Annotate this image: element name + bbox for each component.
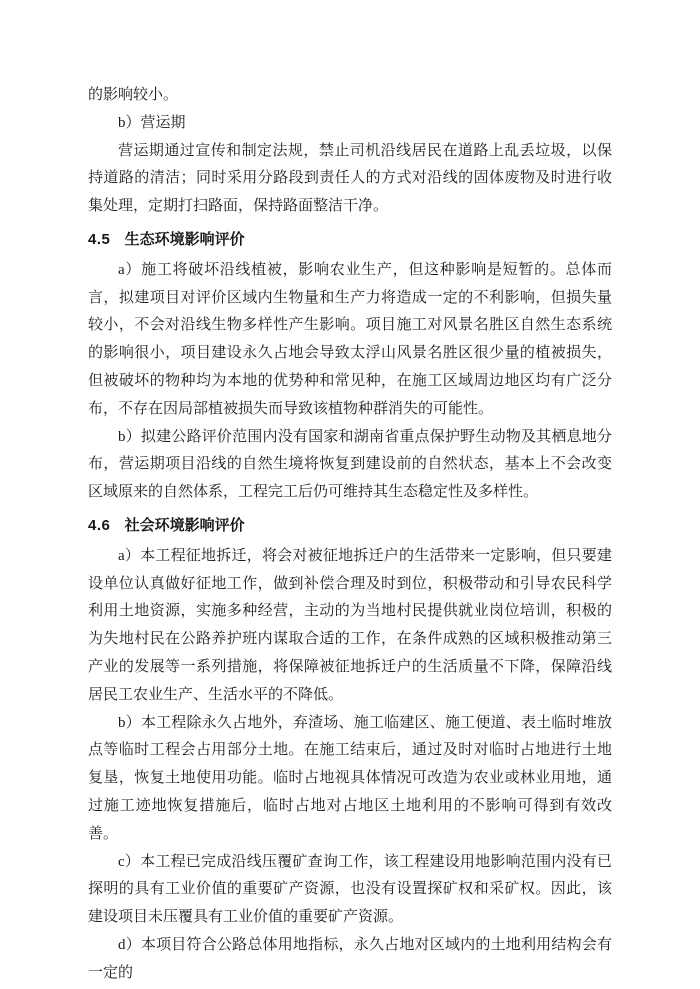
paragraph-operation-period-measures: 营运期通过宣传和制定法规，禁止司机沿线居民在道路上乱丢垃圾，以保持道路的清洁；同… — [88, 138, 612, 221]
section-heading-4-5: 4.5生态环境影响评价 — [88, 226, 612, 254]
section-heading-4-6: 4.6社会环境影响评价 — [88, 512, 612, 540]
document-body: 的影响较小。 b）营运期 营运期通过宣传和制定法规，禁止司机沿线居民在道路上乱丢… — [88, 82, 612, 988]
section-number-4-5: 4.5 — [88, 226, 110, 254]
paragraph-social-impact-d: d）本项目符合公路总体用地指标，永久占地对区域内的土地利用结构会有一定的 — [88, 932, 612, 988]
paragraph-social-impact-a: a）本工程征地拆迁，将会对被征地拆迁户的生活带来一定影响，但只要建设单位认真做好… — [88, 543, 612, 710]
paragraph-continuation-impact-small: 的影响较小。 — [88, 82, 612, 110]
section-title-4-6: 社会环境影响评价 — [125, 517, 245, 534]
section-title-4-5: 生态环境影响评价 — [125, 231, 245, 248]
document-page: 的影响较小。 b）营运期 营运期通过宣传和制定法规，禁止司机沿线居民在道路上乱丢… — [0, 0, 700, 989]
paragraph-eco-impact-b: b）拟建公路评价范围内没有国家和湖南省重点保护野生动物及其栖息地分布，营运期项目… — [88, 424, 612, 507]
paragraph-social-impact-b: b）本工程除永久占地外，弃渣场、施工临建区、施工便道、表土临时堆放点等临时工程会… — [88, 710, 612, 849]
paragraph-operation-period-label: b）营运期 — [88, 110, 612, 138]
paragraph-eco-impact-a: a）施工将破坏沿线植被，影响农业生产，但这种影响是短暂的。总体而言，拟建项目对评… — [88, 257, 612, 424]
paragraph-social-impact-c: c）本工程已完成沿线压覆矿查询工作，该工程建设用地影响范围内没有已探明的具有工业… — [88, 849, 612, 932]
section-number-4-6: 4.6 — [88, 512, 110, 540]
